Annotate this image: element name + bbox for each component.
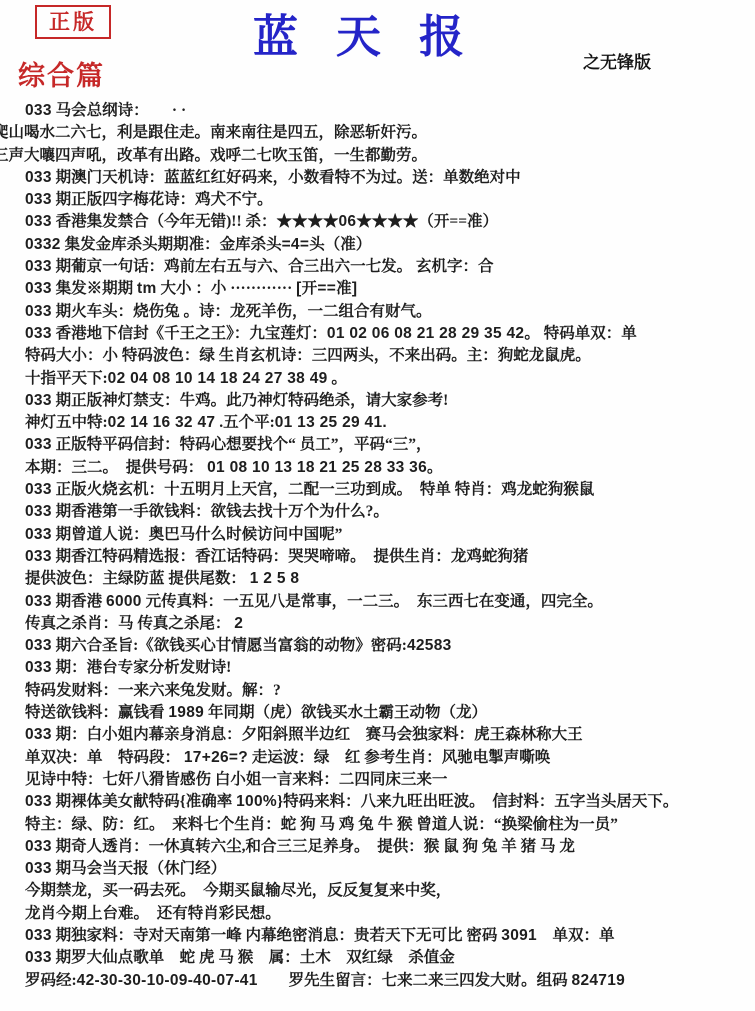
number-segment: 033 [25, 860, 52, 877]
text-segment: 集发金库杀头期期准：金库杀头 [61, 236, 282, 253]
number-segment: 033 [25, 526, 52, 543]
number-segment: 17+26=? [184, 749, 248, 766]
number-segment: 033 [25, 503, 52, 520]
text-segment: 神灯五中特: [25, 414, 108, 431]
text-segment: 期独家料：寺对天南第一峰 内幕绝密消息：贵若天下无可比 密码 [52, 927, 502, 944]
text-line: 传真之杀肖：马 传真之杀尾： 2 [25, 613, 755, 635]
text-line: 033 期六合圣旨:《欲钱买心甘情愿当富翁的动物》密码:42583 [25, 635, 755, 657]
text-line: 033 期独家料：寺对天南第一峰 内幕绝密消息：贵若天下无可比 密码 3091 … [25, 925, 755, 947]
text-segment: 期奇人透肖：一休真转六尘,和合三三足养身。 提供：猴 鼠 狗 兔 羊 猪 马 龙 [52, 838, 575, 855]
number-segment: 01 08 10 13 18 21 25 28 33 36 [207, 459, 427, 476]
number-segment: 100% [236, 793, 277, 810]
text-segment: 期曾道人说：奥巴马什么时候访问中国呢” [52, 526, 343, 543]
number-segment: 033 [25, 392, 52, 409]
number-segment: 033 [25, 102, 52, 119]
text-segment: 期：白小姐内幕亲身消息：夕阳斜照半边红 赛马会独家料：虎王森林称大王 [52, 726, 583, 743]
number-segment: 02 14 16 32 47 [108, 414, 216, 431]
text-line: 十指平天下:02 04 08 10 14 18 24 27 38 49 。 [25, 368, 755, 390]
text-line: 033 正版火烧玄机：十五明月上天宫，二配一三功到成。 特单 特肖：鸡龙蛇狗猴鼠 [25, 479, 755, 501]
number-segment: 01 13 25 29 41. [275, 414, 387, 431]
text-segment: 期马会当天报（休门经） [52, 860, 226, 877]
text-line: 罗码经:42-30-30-10-09-40-07-41 罗先生留言：七来二来三四… [25, 970, 755, 992]
text-segment: 期正版四字梅花诗：鸡犬不宁。 [52, 191, 273, 208]
text-line: 提供波色：主绿防蓝 提供尾数： 1 2 5 8 [25, 568, 755, 590]
text-segment: 正版特平码信封：特码心想要找个“ 员工”，平码“三”， [52, 436, 432, 453]
text-line: 三声大嚷四声吼，改革有出路。戏呼二七吹玉笛，一生都勤劳。 [0, 145, 755, 167]
text-line: 033 期裸体美女献特码{准确率 100%}特码来料：八来九旺出旺波。 信封料：… [25, 791, 755, 813]
text-line: 特主：绿、防：红。 来料七个生肖：蛇 狗 马 鸡 兔 牛 猴 曾道人说：“换梁偷… [25, 814, 755, 836]
text-segment: 单双决：单 特码段： [25, 749, 184, 766]
number-segment: 3091 [501, 927, 537, 944]
text-line: 龙肖今期上台难。 还有特肖彩民想。 [25, 903, 755, 925]
text-segment: 期裸体美女献特码{准确率 [52, 793, 236, 810]
text-segment: 。 [328, 370, 347, 387]
text-line: 033 期香港 6000 元传真料：一五见八是常事，一二三。 东三西七在变通，四… [25, 591, 755, 613]
number-segment: 824719 [572, 972, 626, 989]
text-segment: 龙肖今期上台难。 还有特肖彩民想。 [25, 905, 281, 922]
number-segment: 033 [25, 481, 52, 498]
newspaper-page: 正版 蓝天报 之无锋版 综合篇 033 马会总纲诗： · ·爬山喝水二六七，利是… [0, 0, 755, 1011]
text-segment: 大小 ：小 ············ [157, 280, 297, 297]
text-line: 033 期火车头：烧伤兔 。诗：龙死羊伤，一二组合有财气。 [25, 301, 755, 323]
text-segment: 香港地下信封《千王之王》：九宝莲灯： [52, 325, 327, 342]
number-segment: 033 [25, 258, 52, 275]
number-segment: 033 [25, 280, 52, 297]
text-segment: 期正版神灯禁支：牛鸡。此乃神灯特码绝杀，请大家参考! [52, 392, 449, 409]
text-line: 033 期罗大仙点歌单 蛇 虎 马 猴 属：土木 双红绿 杀值金 [25, 947, 755, 969]
number-segment: 6000 [106, 593, 142, 610]
text-line: 033 期香港第一手欲钱料：欲钱去找十万个为什么?。 [25, 501, 755, 523]
number-segment: 0332 [25, 236, 61, 253]
text-line: 033 期澳门天机诗：蓝蓝红红好码来，小数看特不为过。送：单数绝对中 [25, 167, 755, 189]
text-segment: 期火车头：烧伤兔 。诗：龙死羊伤，一二组合有财气。 [52, 303, 432, 320]
text-segment: 三声大嚷四声吼，改革有出路。戏呼二七吹玉笛，一生都勤劳。 [0, 147, 427, 164]
text-segment: 马会总纲诗： [52, 102, 141, 119]
text-line: 本期：三二。 提供号码： 01 08 10 13 18 21 25 28 33 … [25, 457, 755, 479]
section-heading: 综合篇 [18, 54, 105, 93]
number-segment: 033 [25, 793, 52, 810]
number-segment: 033 [25, 927, 52, 944]
number-segment: 06 [339, 213, 357, 230]
number-segment: 033 [25, 436, 52, 453]
text-segment: 期香江特码精选报：香江话特码：哭哭啼啼。 提供生肖：龙鸡蛇狗猪 [52, 548, 529, 565]
text-line: 特送欲钱料：赢钱看 1989 年同期（虎）欲钱买水土霸王动物（龙） [25, 702, 755, 724]
text-line: 033 期马会当天报（休门经） [25, 858, 755, 880]
text-segment: 期葡京一句话：鸡前左右五与六、合三出六一七发。 玄机字：合 [52, 258, 494, 275]
text-line: 0332 集发金库杀头期期准：金库杀头=4=头（准） [25, 234, 755, 256]
number-segment: 033 [25, 949, 52, 966]
text-line: 033 期曾道人说：奥巴马什么时候访问中国呢” [25, 524, 755, 546]
text-segment: 提供波色：主绿防蓝 提供尾数： [25, 570, 250, 587]
number-segment: 42-30-30-10-09-40-07-41 [77, 972, 258, 989]
text-line: 033 期葡京一句话：鸡前左右五与六、合三出六一七发。 玄机字：合 [25, 256, 755, 278]
number-segment: 1 2 5 8 [250, 570, 300, 587]
text-segment: .五个平: [215, 414, 274, 431]
text-segment: 特码发财料：一来六来兔发财。解：? [25, 682, 281, 699]
text-segment: 特码大小：小 特码波色：绿 生肖玄机诗：三四两头，不来出码。主：狗蛇龙鼠虎。 [25, 347, 591, 364]
text-segment: 期香港 [52, 593, 106, 610]
text-segment: 爬山喝水二六七，利是跟住走。南来南往是四五，除恶斩奸污。 [0, 124, 427, 141]
text-segment: 期罗大仙点歌单 蛇 虎 马 猴 属：土木 双红绿 杀值金 [52, 949, 455, 966]
number-segment: 033 [25, 548, 52, 565]
number-segment: 2 [234, 615, 243, 632]
number-segment: 033 [25, 637, 52, 654]
text-line: 033 期：港台专家分析发财诗! [25, 657, 755, 679]
number-segment: 033 [25, 593, 52, 610]
text-line: 033 集发※期期 tm 大小 ：小 ············ [开==准] [25, 278, 755, 300]
number-segment: 033 [25, 838, 52, 855]
text-segment: 十指平天下: [25, 370, 108, 387]
number-segment: 033 [25, 213, 52, 230]
text-segment: 见诗中特：七奸八猾皆感伤 白小姐一言来料：二四同床三来一 [25, 771, 447, 788]
text-segment: 走运波：绿 红 参考生肖：风驰电掣声嘶唤 [248, 749, 550, 766]
content-lines: 033 马会总纲诗： · ·爬山喝水二六七，利是跟住走。南来南往是四五，除恶斩奸… [25, 100, 755, 992]
number-segment: 033 [25, 659, 52, 676]
text-segment: 期澳门天机诗：蓝蓝红红好码来，小数看特不为过。送：单数绝对中 [52, 169, 521, 186]
text-line: 033 期正版四字梅花诗：鸡犬不宁。 [25, 189, 755, 211]
text-segment: 传真之杀肖：马 传真之杀尾： [25, 615, 234, 632]
text-line: 单双决：单 特码段： 17+26=? 走运波：绿 红 参考生肖：风驰电掣声嘶唤 [25, 747, 755, 769]
text-segment: 。 [427, 459, 443, 476]
text-segment: 特主：绿、防：红。 来料七个生肖：蛇 狗 马 鸡 兔 牛 猴 曾道人说：“换梁偷… [25, 816, 618, 833]
text-segment: 特送欲钱料：赢钱看 [25, 704, 168, 721]
text-line: 033 香港地下信封《千王之王》：九宝莲灯：01 02 06 08 21 28 … [25, 323, 755, 345]
text-segment: 本期：三二。 提供号码： [25, 459, 207, 476]
text-line: 033 期奇人透肖：一休真转六尘,和合三三足养身。 提供：猴 鼠 狗 兔 羊 猪… [25, 836, 755, 858]
text-segment: 元传真料：一五见八是常事，一二三。 东三西七在变通，四完全。 [142, 593, 603, 610]
text-segment: 正版火烧玄机：十五明月上天宫，二配一三功到成。 特单 特肖：鸡龙蛇狗猴鼠 [52, 481, 595, 498]
text-line: 爬山喝水二六七，利是跟住走。南来南往是四五，除恶斩奸污。 [0, 122, 755, 144]
text-segment: 年同期（虎）欲钱买水土霸王动物（龙） [204, 704, 487, 721]
number-segment: 42583 [407, 637, 452, 654]
text-line: 今期禁龙，买一码去死。 今期买鼠输尽光，反反复复来中奖， [25, 880, 755, 902]
number-segment: 1989 [168, 704, 204, 721]
text-line: 033 期：白小姐内幕亲身消息：夕阳斜照半边红 赛马会独家料：虎王森林称大王 [25, 724, 755, 746]
text-segment: 罗码经: [25, 972, 77, 989]
text-segment: 。 特码单双：单 [524, 325, 636, 342]
text-line: 033 正版特平码信封：特码心想要找个“ 员工”，平码“三”， [25, 434, 755, 456]
number-segment: 033 [25, 169, 52, 186]
number-segment: =4= [282, 236, 310, 253]
text-segment: 期六合圣旨:《欲钱买心甘情愿当富翁的动物》密码: [52, 637, 407, 654]
edition-label: 之无锋版 [583, 48, 651, 73]
text-line: 033 期香江特码精选报：香江话特码：哭哭啼啼。 提供生肖：龙鸡蛇狗猪 [25, 546, 755, 568]
text-segment: 罗先生留言：七来二来三四发大财。组码 [258, 972, 572, 989]
text-segment: 单双：单 [537, 927, 615, 944]
text-line: 特码大小：小 特码波色：绿 生肖玄机诗：三四两头，不来出码。主：狗蛇龙鼠虎。 [25, 345, 755, 367]
number-segment: 033 [25, 325, 52, 342]
text-segment: 期香港第一手欲钱料：欲钱去找十万个为什么?。 [52, 503, 389, 520]
text-line: 神灯五中特:02 14 16 32 47 .五个平:01 13 25 29 41… [25, 412, 755, 434]
text-segment: ★★★★（开==准） [356, 213, 498, 230]
text-segment: 今期禁龙，买一码去死。 今期买鼠输尽光，反反复复来中奖， [25, 882, 451, 899]
text-segment: 集发※期期 [52, 280, 137, 297]
text-line: 特码发财料：一来六来兔发财。解：? [25, 680, 755, 702]
text-segment: 期：港台专家分析发财诗! [52, 659, 232, 676]
number-segment: 033 [25, 726, 52, 743]
text-line: 见诗中特：七奸八猾皆感伤 白小姐一言来料：二四同床三来一 [25, 769, 755, 791]
number-segment: 033 [25, 191, 52, 208]
text-line: 033 马会总纲诗： · · [25, 100, 755, 122]
number-segment: tm [137, 280, 157, 297]
text-segment: 香港集发禁合（今年无错)!! 杀：★★★★ [52, 213, 339, 230]
number-segment: 033 [25, 303, 52, 320]
text-segment: }特码来料：八来九旺出旺波。 信封料：五字当头居天下。 [277, 793, 678, 810]
text-segment: 头（准） [309, 236, 371, 253]
text-line: 033 香港集发禁合（今年无错)!! 杀：★★★★06★★★★（开==准） [25, 211, 755, 233]
number-segment: 01 02 06 08 21 28 29 35 42 [327, 325, 524, 342]
text-line: 033 期正版神灯禁支：牛鸡。此乃神灯特码绝杀，请大家参考! [25, 390, 755, 412]
number-segment: 02 04 08 10 14 18 24 27 38 49 [108, 370, 328, 387]
text-segment: · · [141, 102, 186, 119]
number-segment: [开==准] [296, 280, 357, 297]
